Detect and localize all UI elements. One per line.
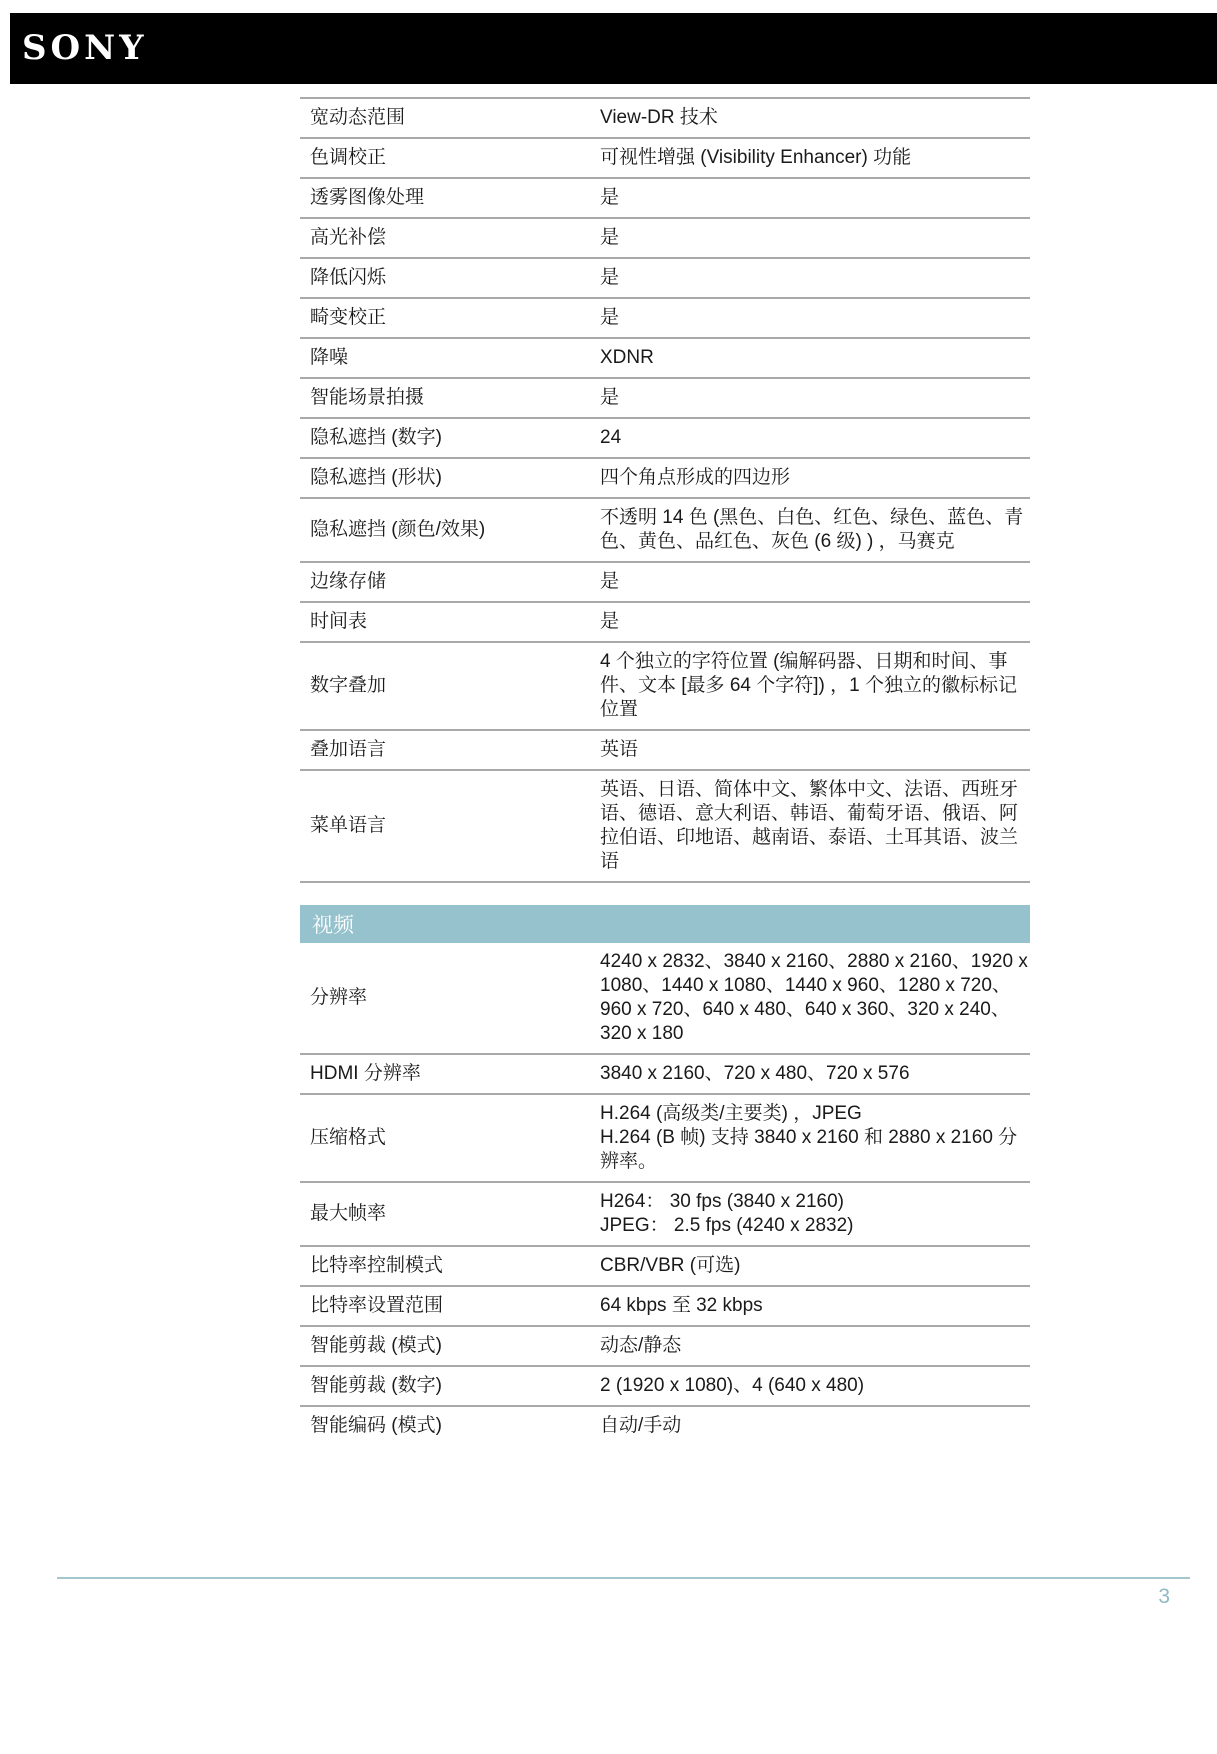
- table-row: 数字叠加4 个独立的字符位置 (编解码器、日期和时间、事件、文本 [最多 64 …: [300, 643, 1030, 731]
- spec-row-value: 64 kbps 至 32 kbps: [600, 1294, 1030, 1318]
- table-row: 隐私遮挡 (数字)24: [300, 419, 1030, 459]
- spec-row-label: 分辨率: [300, 986, 600, 1010]
- spec-row-label: 边缘存储: [300, 570, 600, 594]
- spec-row-label: 比特率控制模式: [300, 1254, 600, 1278]
- spec-row-value: View-DR 技术: [600, 106, 1030, 130]
- spec-row-value: 动态/静态: [600, 1334, 1030, 1358]
- spec-row-label: 降噪: [300, 346, 600, 370]
- spec-row-value: 不透明 14 色 (黑色、白色、红色、绿色、蓝色、青色、黄色、品红色、灰色 (6…: [600, 506, 1030, 554]
- spec-row-label: 降低闪烁: [300, 266, 600, 290]
- content: 宽动态范围View-DR 技术色调校正可视性增强 (Visibility Enh…: [300, 97, 1030, 1445]
- spec-row-value: 四个角点形成的四边形: [600, 466, 1030, 490]
- spec-row-value: 自动/手动: [600, 1414, 1030, 1438]
- sony-logo: SONY: [22, 28, 148, 68]
- footer-divider: [57, 1577, 1190, 1579]
- spec-row-label: 压缩格式: [300, 1126, 600, 1150]
- spec-row-label: 宽动态范围: [300, 106, 600, 130]
- spec-row-label: 时间表: [300, 610, 600, 634]
- spec-row-value: 英语: [600, 738, 1030, 762]
- spec-row-label: HDMI 分辨率: [300, 1062, 600, 1086]
- spec-row-value: XDNR: [600, 346, 1030, 370]
- spec-row-label: 最大帧率: [300, 1202, 600, 1226]
- spec-row-label: 叠加语言: [300, 738, 600, 762]
- table-row: 叠加语言英语: [300, 731, 1030, 771]
- page-number: 3: [57, 1585, 1170, 1609]
- spec-row-label: 智能剪裁 (数字): [300, 1374, 600, 1398]
- table-row: 宽动态范围View-DR 技术: [300, 99, 1030, 139]
- spec-row-value: 是: [600, 570, 1030, 594]
- spec-row-label: 菜单语言: [300, 814, 600, 838]
- spec-row-value: 是: [600, 306, 1030, 330]
- table-row: 最大帧率H264： 30 fps (3840 x 2160) JPEG： 2.5…: [300, 1183, 1030, 1247]
- table-row: 畸变校正是: [300, 299, 1030, 339]
- spec-table-general: 宽动态范围View-DR 技术色调校正可视性增强 (Visibility Enh…: [300, 97, 1030, 883]
- table-row: 降噪XDNR: [300, 339, 1030, 379]
- spec-row-label: 隐私遮挡 (形状): [300, 466, 600, 490]
- spec-row-value: H264： 30 fps (3840 x 2160) JPEG： 2.5 fps…: [600, 1190, 1030, 1238]
- table-row: 色调校正可视性增强 (Visibility Enhancer) 功能: [300, 139, 1030, 179]
- spec-row-label: 比特率设置范围: [300, 1294, 600, 1318]
- table-row: 透雾图像处理是: [300, 179, 1030, 219]
- table-row: 比特率设置范围64 kbps 至 32 kbps: [300, 1287, 1030, 1327]
- table-row: 分辨率4240 x 2832、3840 x 2160、2880 x 2160、1…: [300, 943, 1030, 1055]
- spec-row-value: 是: [600, 226, 1030, 250]
- spec-row-value: 3840 x 2160、720 x 480、720 x 576: [600, 1062, 1030, 1086]
- spec-row-value: 是: [600, 266, 1030, 290]
- spec-row-label: 透雾图像处理: [300, 186, 600, 210]
- spec-row-value: 24: [600, 426, 1030, 450]
- spec-row-value: 是: [600, 386, 1030, 410]
- section-title: 视频: [300, 909, 354, 939]
- spec-row-value: 4 个独立的字符位置 (编解码器、日期和时间、事件、文本 [最多 64 个字符]…: [600, 650, 1030, 722]
- spec-row-label: 智能场景拍摄: [300, 386, 600, 410]
- table-row: 智能编码 (模式)自动/手动: [300, 1407, 1030, 1445]
- spec-row-value: 是: [600, 610, 1030, 634]
- table-row: 降低闪烁是: [300, 259, 1030, 299]
- table-row: 时间表是: [300, 603, 1030, 643]
- spec-row-label: 畸变校正: [300, 306, 600, 330]
- table-row: 边缘存储是: [300, 563, 1030, 603]
- spec-row-value: 2 (1920 x 1080)、4 (640 x 480): [600, 1374, 1030, 1398]
- table-row: 高光补偿是: [300, 219, 1030, 259]
- spec-row-value: H.264 (高级类/主要类) ，JPEG H.264 (B 帧) 支持 384…: [600, 1102, 1030, 1174]
- spec-row-value: CBR/VBR (可选): [600, 1254, 1030, 1278]
- spec-row-label: 色调校正: [300, 146, 600, 170]
- spec-row-value: 英语、日语、简体中文、繁体中文、法语、西班牙语、德语、意大利语、韩语、葡萄牙语、…: [600, 778, 1030, 874]
- spec-row-label: 智能编码 (模式): [300, 1414, 600, 1438]
- spec-row-value: 可视性增强 (Visibility Enhancer) 功能: [600, 146, 1030, 170]
- spec-row-label: 隐私遮挡 (颜色/效果): [300, 518, 600, 542]
- table-row: 智能剪裁 (模式)动态/静态: [300, 1327, 1030, 1367]
- header-bar: SONY: [10, 13, 1217, 84]
- spec-row-value: 是: [600, 186, 1030, 210]
- section-header-video: 视频: [300, 905, 1030, 943]
- page: SONY 宽动态范围View-DR 技术色调校正可视性增强 (Visibilit…: [0, 0, 1217, 1754]
- table-row: HDMI 分辨率3840 x 2160、720 x 480、720 x 576: [300, 1055, 1030, 1095]
- table-row: 智能场景拍摄是: [300, 379, 1030, 419]
- spec-row-label: 隐私遮挡 (数字): [300, 426, 600, 450]
- spec-row-label: 数字叠加: [300, 674, 600, 698]
- table-row: 比特率控制模式CBR/VBR (可选): [300, 1247, 1030, 1287]
- spec-table-video: 分辨率4240 x 2832、3840 x 2160、2880 x 2160、1…: [300, 943, 1030, 1445]
- spec-row-label: 高光补偿: [300, 226, 600, 250]
- spec-row-value: 4240 x 2832、3840 x 2160、2880 x 2160、1920…: [600, 950, 1030, 1046]
- spec-row-label: 智能剪裁 (模式): [300, 1334, 600, 1358]
- table-row: 智能剪裁 (数字)2 (1920 x 1080)、4 (640 x 480): [300, 1367, 1030, 1407]
- table-row: 压缩格式H.264 (高级类/主要类) ，JPEG H.264 (B 帧) 支持…: [300, 1095, 1030, 1183]
- table-row: 隐私遮挡 (形状)四个角点形成的四边形: [300, 459, 1030, 499]
- table-row: 隐私遮挡 (颜色/效果)不透明 14 色 (黑色、白色、红色、绿色、蓝色、青色、…: [300, 499, 1030, 563]
- table-row: 菜单语言英语、日语、简体中文、繁体中文、法语、西班牙语、德语、意大利语、韩语、葡…: [300, 771, 1030, 883]
